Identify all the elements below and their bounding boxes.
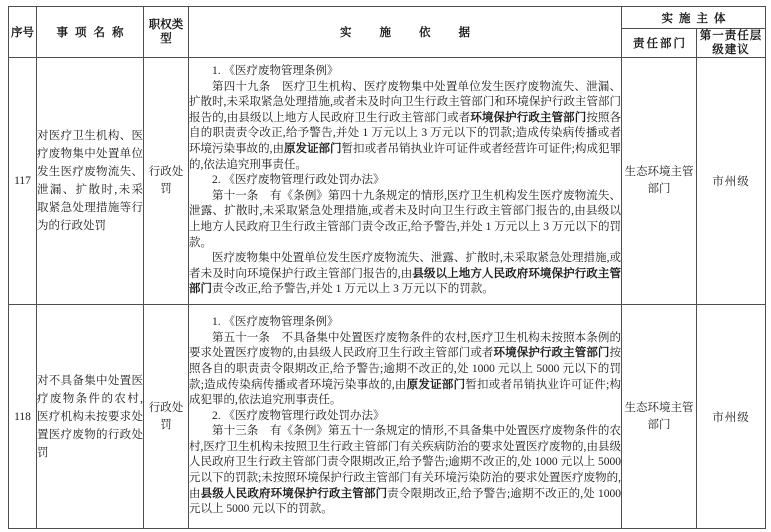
basis-paragraph: 2. 《医疗废物管理行政处罚办法》 bbox=[189, 173, 621, 189]
header-basis: 实施依据 bbox=[189, 7, 622, 58]
table-row: 118 对不具备集中处置医疗废物条件的农村,医疗机构未按要求处置医疗废物的行政处… bbox=[9, 305, 766, 529]
legal-authority-bold-text: 原发证部门 bbox=[407, 379, 466, 391]
basis-paragraph: 第十三条 有《条例》第五十一条规定的情形,不具备集中处置医疗废物条件的农村,医疗… bbox=[189, 424, 621, 518]
legal-text: 2. 《医疗废物管理行政处罚办法》 bbox=[212, 174, 385, 186]
basis-paragraph: 2. 《医疗废物管理行政处罚办法》 bbox=[189, 409, 621, 425]
power-list-table: 序号 事项名称 职权类型 实施依据 实施主体 责任部门 第一责任层级建议 117… bbox=[8, 6, 766, 529]
basis-cell: 1. 《医疗废物管理条例》第五十一条 不具备集中处置医疗废物条件的农村,医疗卫生… bbox=[189, 305, 622, 529]
level-cell: 市州级 bbox=[697, 58, 766, 305]
header-level: 第一责任层级建议 bbox=[697, 29, 766, 58]
serial-cell: 118 bbox=[9, 305, 37, 529]
legal-text: 1. 《医疗废物管理条例》 bbox=[212, 316, 339, 328]
legal-text: 责令改正,给予警告,并处 1 万元以上 3 万元以下的罚款。 bbox=[212, 283, 494, 295]
serial-cell: 117 bbox=[9, 58, 37, 305]
header-subject: 实施主体 bbox=[622, 7, 766, 29]
basis-paragraph: 1. 《医疗废物管理条例》 bbox=[189, 315, 621, 331]
department-cell: 生态环境主管部门 bbox=[622, 305, 697, 529]
legal-authority-bold-text: 环境保护行政主管部门 bbox=[494, 347, 610, 359]
basis-paragraph: 医疗废物集中处置单位发生医疗废物流失、泄露、扩散时,未采取紧急处理措施,或者未及… bbox=[189, 251, 621, 298]
table-body: 117 对医疗卫生机构、医疗废物集中处置单位发生医疗废物流失、泄漏、扩散时,未采… bbox=[9, 58, 766, 529]
legal-authority-bold-text: 县级人民政府环境保护行政主管部门 bbox=[201, 488, 388, 500]
basis-cell: 1. 《医疗废物管理条例》第四十九条 医疗卫生机构、医疗废物集中处置单位发生医疗… bbox=[189, 58, 622, 305]
header-power-type: 职权类型 bbox=[144, 7, 189, 58]
document-page: 序号 事项名称 职权类型 实施依据 实施主体 责任部门 第一责任层级建议 117… bbox=[0, 0, 771, 532]
level-cell: 市州级 bbox=[697, 305, 766, 529]
legal-authority-bold-text: 环境保护行政主管部门 bbox=[470, 112, 586, 124]
department-cell: 生态环境主管部门 bbox=[622, 58, 697, 305]
power-type-cell: 行政处罚 bbox=[144, 305, 189, 529]
header-serial: 序号 bbox=[9, 7, 37, 58]
table-row: 117 对医疗卫生机构、医疗废物集中处置单位发生医疗废物流失、泄漏、扩散时,未采… bbox=[9, 58, 766, 305]
item-name-cell: 对不具备集中处置医疗废物条件的农村,医疗机构未按要求处置医疗废物的行政处罚 bbox=[37, 305, 144, 529]
item-name-cell: 对医疗卫生机构、医疗废物集中处置单位发生医疗废物流失、泄漏、扩散时,未采取紧急处… bbox=[37, 58, 144, 305]
basis-paragraph: 第五十一条 不具备集中处置医疗废物条件的农村,医疗卫生机构未按照本条例的要求处置… bbox=[189, 331, 621, 409]
basis-paragraph: 第十一条 有《条例》第四十九条规定的情形,医疗卫生机构发生医疗废物流失、泄露、扩… bbox=[189, 189, 621, 251]
header-item-name: 事项名称 bbox=[37, 7, 144, 58]
table-header: 序号 事项名称 职权类型 实施依据 实施主体 责任部门 第一责任层级建议 bbox=[9, 7, 766, 58]
legal-authority-bold-text: 原发证部门 bbox=[284, 143, 342, 155]
basis-paragraph: 1. 《医疗废物管理条例》 bbox=[189, 64, 621, 80]
legal-text: 1. 《医疗废物管理条例》 bbox=[212, 65, 339, 77]
header-department: 责任部门 bbox=[622, 29, 697, 58]
basis-paragraph: 第四十九条 医疗卫生机构、医疗废物集中处置单位发生医疗废物流失、泄漏、扩散时,未… bbox=[189, 80, 621, 174]
power-type-cell: 行政处罚 bbox=[144, 58, 189, 305]
legal-text: 2. 《医疗废物管理行政处罚办法》 bbox=[212, 410, 385, 422]
legal-text: 第十一条 有《条例》第四十九条规定的情形,医疗卫生机构发生医疗废物流失、泄露、扩… bbox=[189, 190, 621, 249]
